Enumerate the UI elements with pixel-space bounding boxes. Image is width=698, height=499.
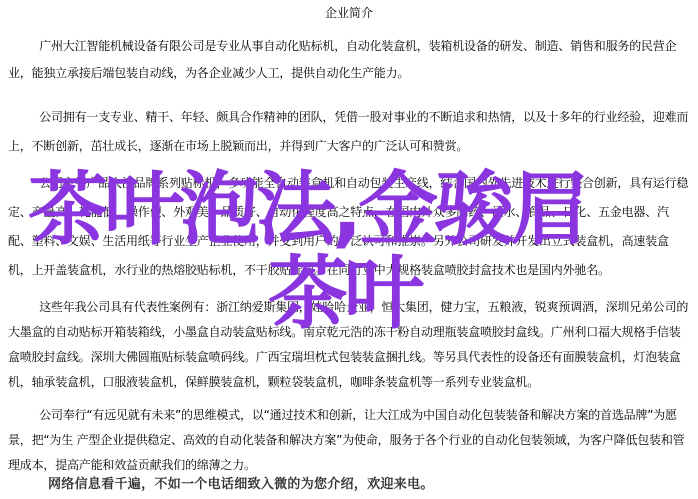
page-title: 企业简介	[0, 5, 698, 21]
paragraph-products: 公司主导产品大江品牌系列贴标机，多功能全自动装盒机和自动包装生产线，结合国内外先…	[8, 169, 690, 285]
paragraph-intro: 广州大江智能机械设备有限公司是专业从事自动化贴标机，自动化装盒机，装箱机设备的研…	[8, 33, 690, 87]
paragraph-team: 公司拥有一支专业、精干、年轻、颇具合作精神的团队，凭借一股对事业的不断追求和热情…	[8, 103, 690, 161]
closing-call-to-action: 网络信息看千遍，不如一个电话细致入微的为您介绍，欢迎来电。	[48, 476, 434, 494]
paragraph-cases: 这些年我公司具有代表性案例有：浙江纳爱斯集团，娃哈哈企业，恒大集团，健力宝，五粮…	[8, 295, 690, 395]
paragraph-vision: 公司奉行“有远见就有未来”的思维模式，以“通过技术和创新，让大江成为中国自动化包…	[8, 403, 690, 478]
